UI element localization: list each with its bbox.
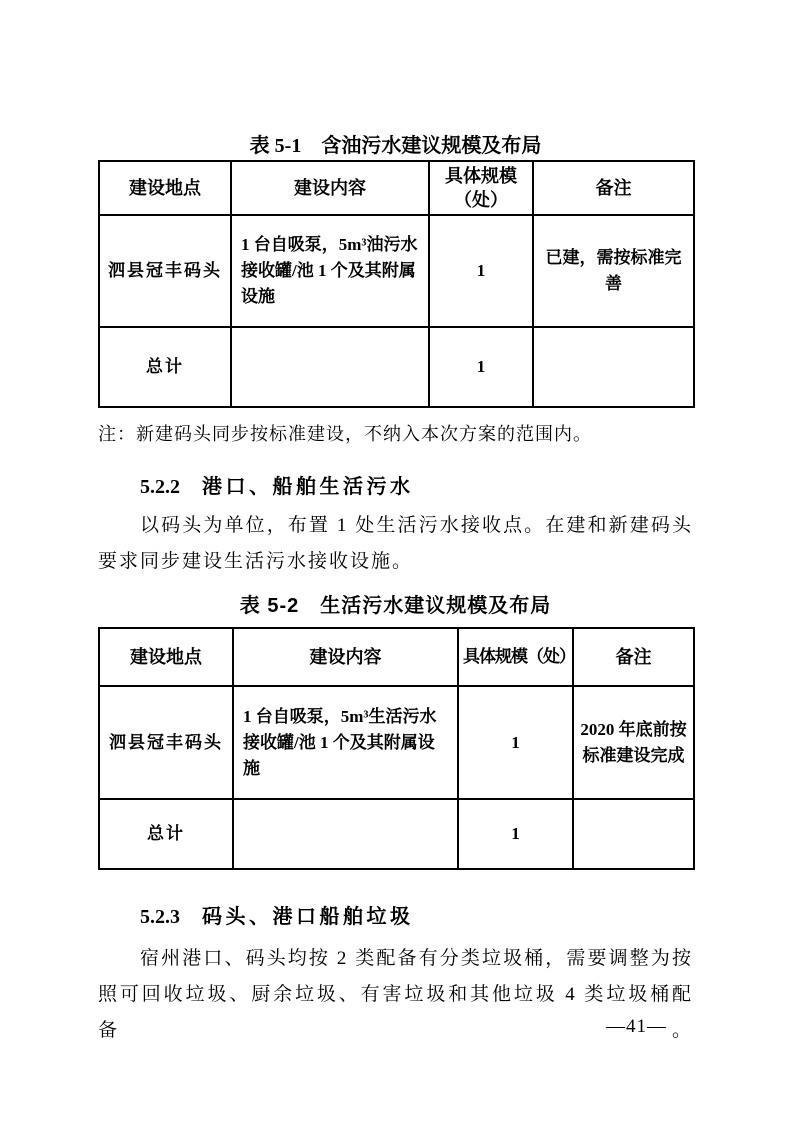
column-header-content: 建设内容 — [231, 161, 429, 215]
section-heading-5-2-3: 5.2.3码头、港口船舶垃圾 — [98, 904, 693, 930]
cell-location: 总计 — [99, 799, 233, 869]
cell-remark: 已建，需按标准完善 — [533, 215, 694, 327]
table-5-1-header-row: 建设地点 建设内容 具体规模 （处） 备注 — [99, 161, 694, 215]
cell-location: 泗县冠丰码头 — [99, 686, 233, 799]
column-header-remark: 备注 — [533, 161, 694, 215]
cell-scale: 1 — [429, 215, 533, 327]
column-header-remark: 备注 — [573, 628, 694, 686]
table-5-1-title: 表 5-1 含油污水建议规模及布局 — [98, 134, 693, 158]
paragraph-5-2-2: 以码头为单位，布置 1 处生活污水接收点。在建和新建码头 要求同步建设生活污水接… — [98, 508, 693, 580]
page-number: —41— — [98, 1016, 693, 1038]
cell-scale: 1 — [429, 327, 533, 407]
cell-content — [231, 327, 429, 407]
table-5-2: 建设地点 建设内容 具体规模（处） 备注 泗县冠丰码头 1 台自吸泵，5m³生活… — [98, 627, 695, 870]
section-heading-5-2-2: 5.2.2港口、船舶生活污水 — [98, 474, 693, 500]
table-row-total: 总计 1 — [99, 799, 694, 869]
section-title: 港口、船舶生活污水 — [202, 476, 414, 498]
column-header-content: 建设内容 — [233, 628, 458, 686]
section-number: 5.2.3 — [140, 906, 180, 928]
paragraph-line: 要求同步建设生活污水接收设施。 — [98, 544, 693, 580]
paragraph-line: 宿州港口、码头均按 2 类配备有分类垃圾桶，需要调整为按 — [98, 941, 693, 977]
cell-remark: 2020 年底前按标准建设完成 — [573, 686, 694, 799]
cell-location: 泗县冠丰码头 — [99, 215, 231, 327]
paragraph-line: 以码头为单位，布置 1 处生活污水接收点。在建和新建码头 — [98, 508, 693, 544]
cell-scale: 1 — [458, 799, 573, 869]
section-number: 5.2.2 — [140, 476, 180, 498]
cell-location: 总计 — [99, 327, 231, 407]
document-page: 表 5-1 含油污水建议规模及布局 建设地点 建设内容 具体规模 （处） 备注 … — [0, 0, 793, 1122]
column-header-scale: 具体规模（处） — [458, 628, 573, 686]
cell-remark — [533, 327, 694, 407]
table-row: 泗县冠丰码头 1 台自吸泵，5m³油污水接收罐/池 1 个及其附属设施 1 已建… — [99, 215, 694, 327]
table-row-total: 总计 1 — [99, 327, 694, 407]
table-5-2-title: 表 5-2 生活污水建议规模及布局 — [98, 594, 693, 618]
column-header-location: 建设地点 — [99, 628, 233, 686]
cell-content — [233, 799, 458, 869]
cell-remark — [573, 799, 694, 869]
cell-content: 1 台自吸泵，5m³油污水接收罐/池 1 个及其附属设施 — [231, 215, 429, 327]
table-5-1: 建设地点 建设内容 具体规模 （处） 备注 泗县冠丰码头 1 台自吸泵，5m³油… — [98, 160, 695, 408]
cell-content: 1 台自吸泵，5m³生活污水接收罐/池 1 个及其附属设施 — [233, 686, 458, 799]
paragraph-line: 照可回收垃圾、厨余垃圾、有害垃圾和其他垃圾 4 类垃圾桶配备。 — [98, 977, 693, 1049]
table-note: 注：新建码头同步按标准建设，不纳入本次方案的范围内。 — [98, 421, 693, 447]
column-header-scale: 具体规模 （处） — [429, 161, 533, 215]
table-row: 泗县冠丰码头 1 台自吸泵，5m³生活污水接收罐/池 1 个及其附属设施 1 2… — [99, 686, 694, 799]
section-title: 码头、港口船舶垃圾 — [202, 906, 414, 928]
cell-scale: 1 — [458, 686, 573, 799]
column-header-location: 建设地点 — [99, 161, 231, 215]
table-5-2-header-row: 建设地点 建设内容 具体规模（处） 备注 — [99, 628, 694, 686]
